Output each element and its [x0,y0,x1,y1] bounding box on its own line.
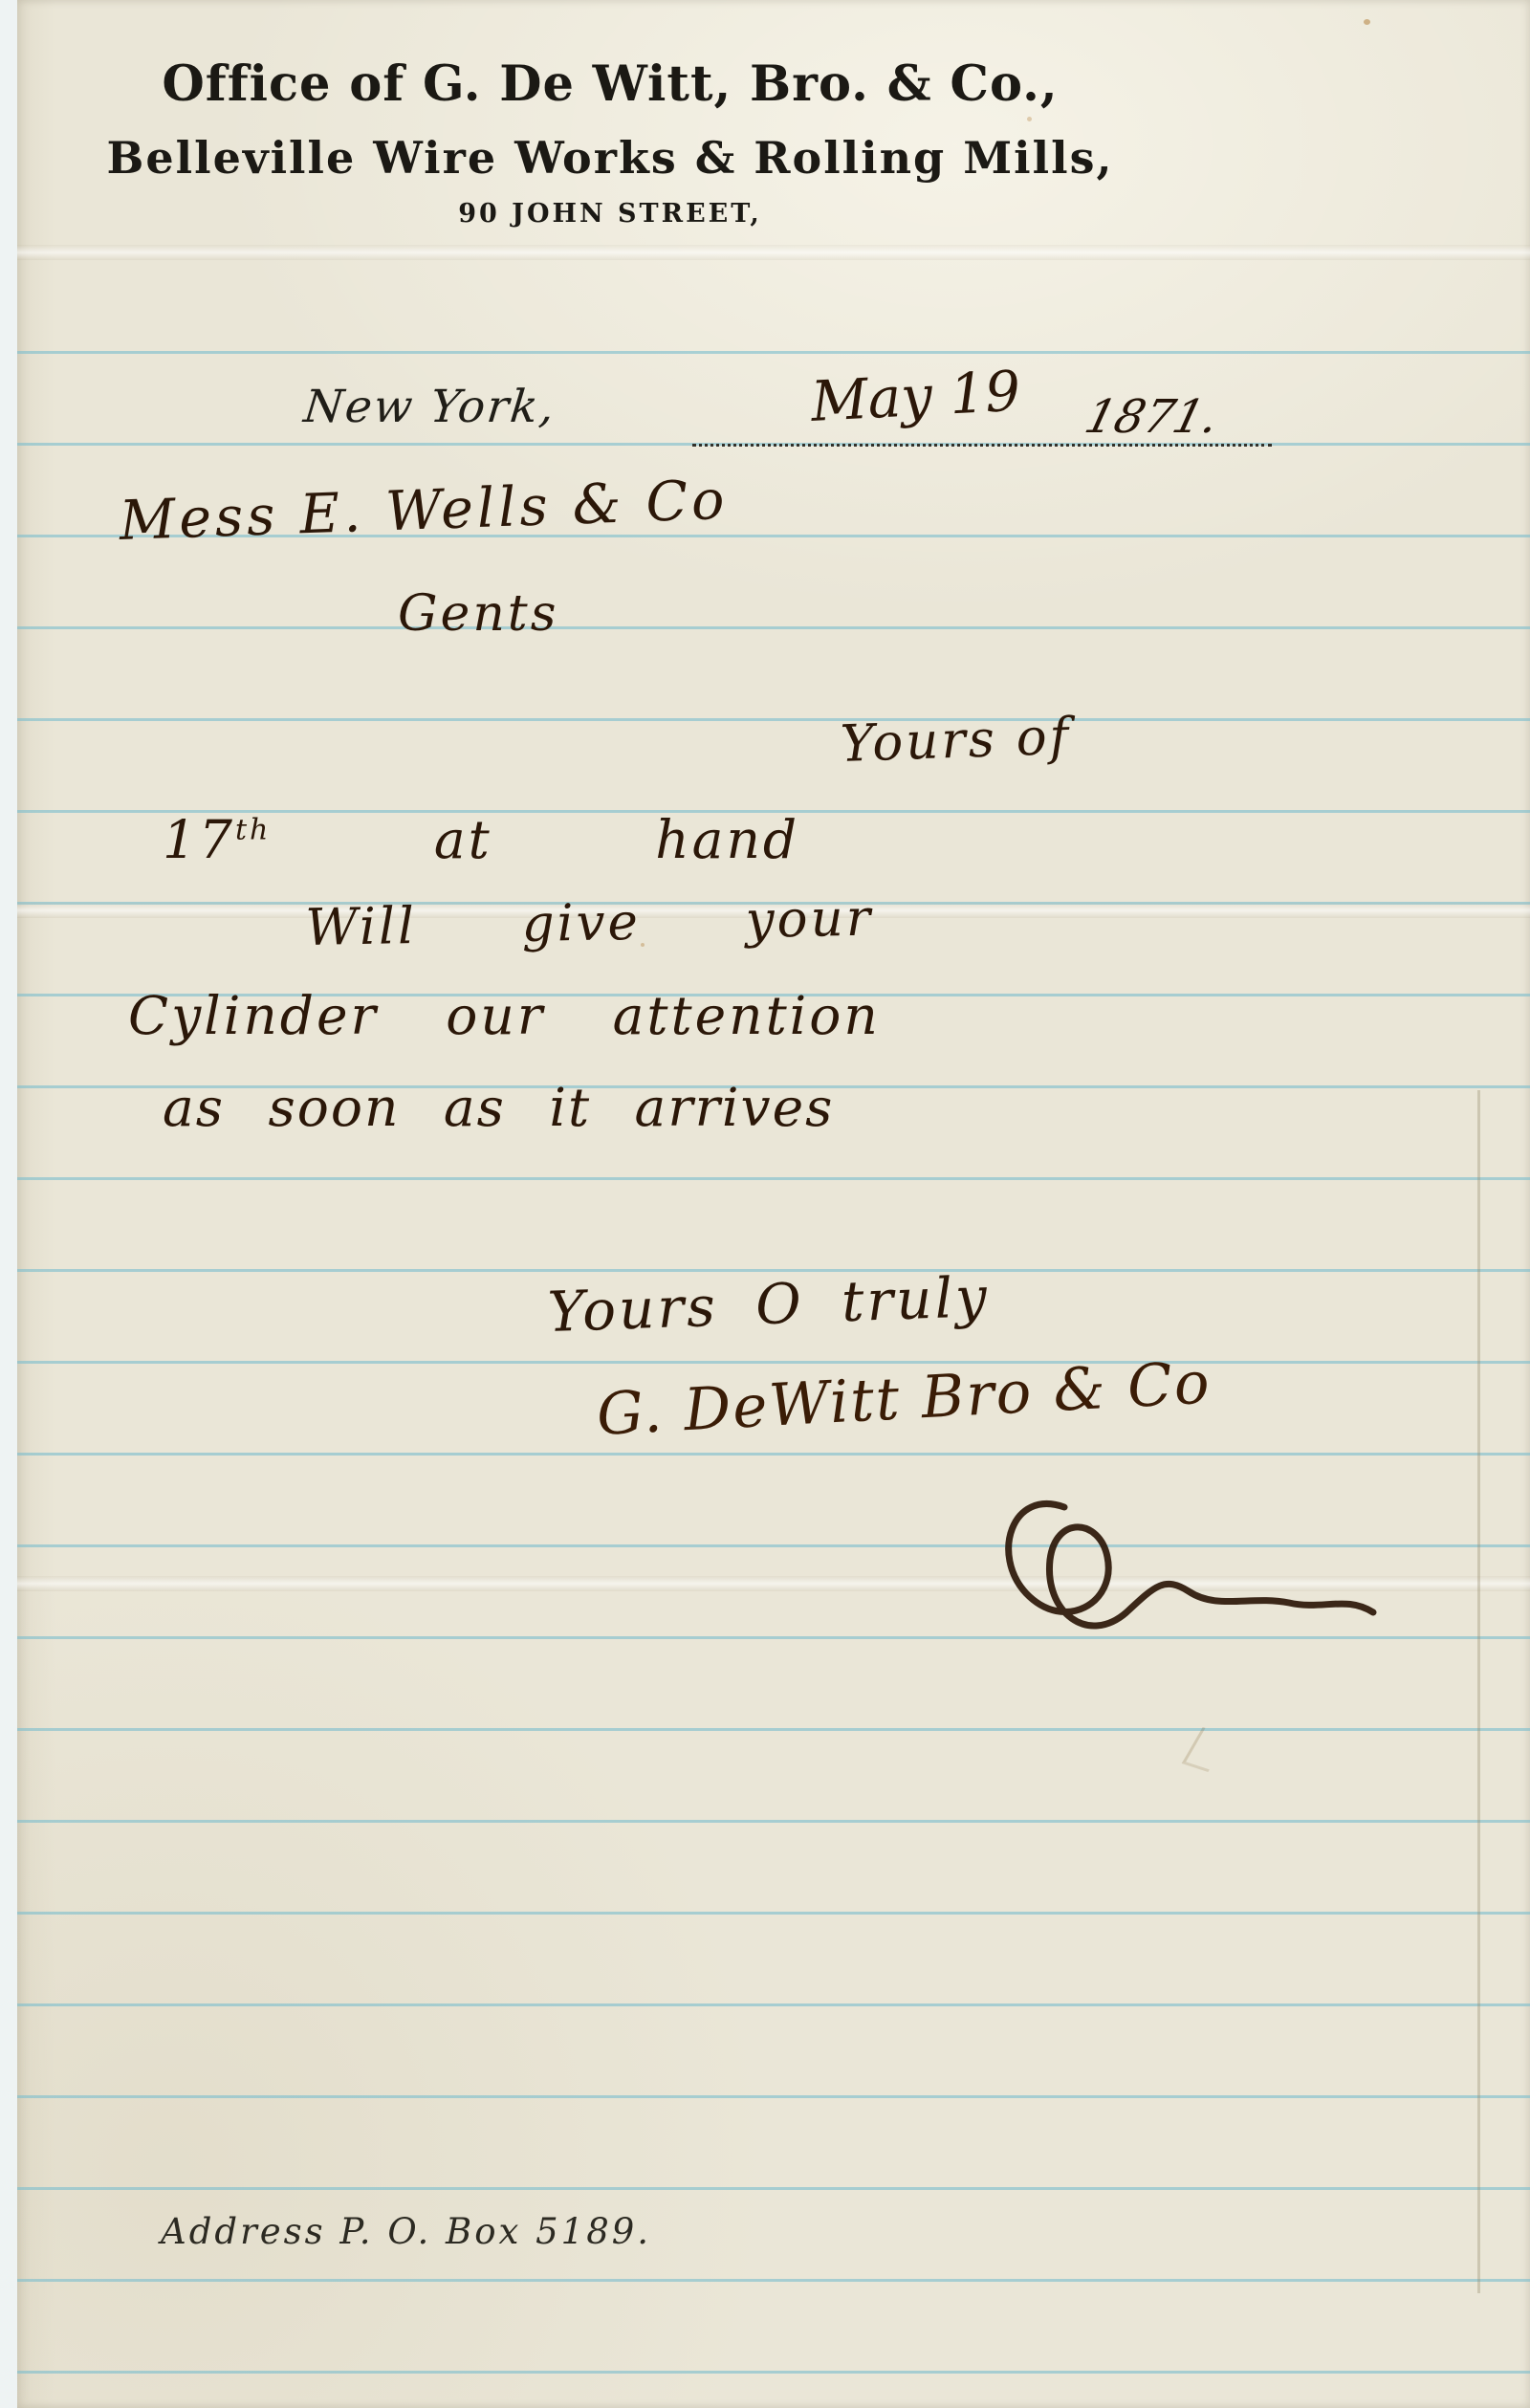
handwritten-body-line-2: 17th at hand [163,809,799,870]
handwritten-salutation: Gents [398,585,558,643]
letter-paper: Office of G. De Witt, Bro. & Co., Bellev… [17,0,1530,2408]
handwritten-date: May 19 [809,359,1021,434]
handwritten-body-line-4: Cylinder our attention [128,985,881,1046]
fold-crease-top [17,245,1530,260]
printed-city-label: New York, [301,381,558,433]
right-edge-crease [1477,1090,1480,2293]
po-box-address: Address P. O. Box 5189. [161,2211,651,2252]
letterhead-street-line: 90 JOHN STREET, [17,199,1203,229]
day-suffix: th [235,814,271,847]
printed-year: 1871. [1080,390,1224,444]
signature-flourish [973,1469,1385,1670]
line-2-rest: at hand [271,809,799,870]
letterhead-company-line: Belleville Wire Works & Rolling Mills, [17,132,1203,184]
handwritten-body-line-3: Will give your [305,889,874,957]
day-number: 17 [163,809,235,870]
handwritten-body-line-5: as soon as it arrives [163,1077,834,1138]
handwritten-body-line-1: Yours of [840,708,1072,774]
foxing-spot [1364,19,1370,25]
letterhead-office-line: Office of G. De Witt, Bro. & Co., [17,55,1203,113]
foxing-spot [1027,117,1032,121]
